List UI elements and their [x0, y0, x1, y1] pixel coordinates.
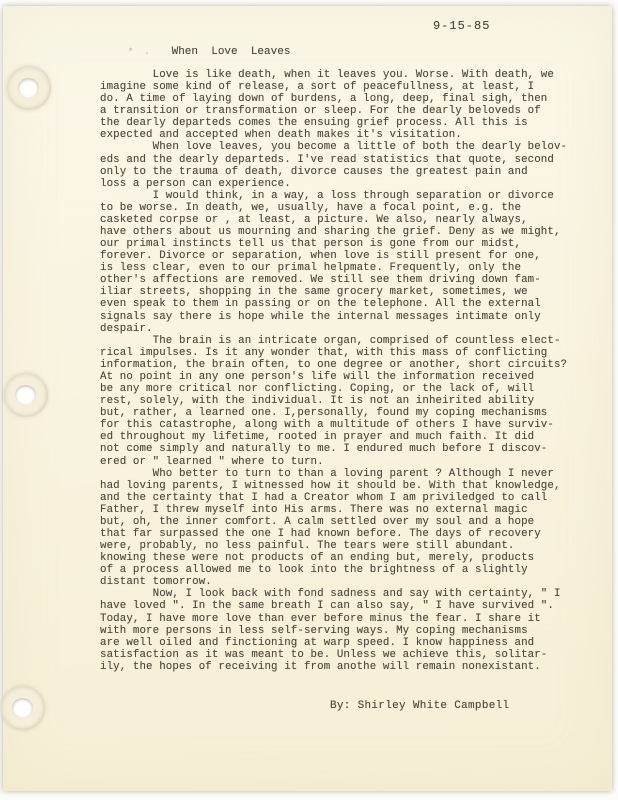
paragraph-2: When love leaves, you become a little of… [100, 141, 605, 189]
typewritten-page: 9-15-85 * .When Love Leaves Love is like… [3, 6, 612, 791]
date-stamp: 9-15-85 [433, 19, 490, 33]
paragraph-5: Who better to turn to than a loving pare… [100, 468, 605, 589]
paragraph-4: The brain is an intricate organ, compris… [100, 335, 605, 468]
stray-typewriter-marks: * . [128, 47, 150, 57]
title-line: * .When Love Leaves [128, 46, 290, 58]
punch-hole-top [7, 66, 51, 110]
punch-hole-middle [4, 373, 48, 417]
author-byline: By: Shirley White Campbell [330, 700, 509, 712]
scan-background: { "page": { "date": "9-15-85", "title_ma… [0, 0, 618, 800]
page-title: When Love Leaves [172, 46, 291, 58]
paragraph-6: Now, I look back with fond sadness and s… [100, 588, 605, 673]
paragraph-1: Love is like death, when it leaves you. … [100, 69, 605, 141]
punch-hole-bottom [1, 686, 45, 730]
essay-body: Love is like death, when it leaves you. … [100, 69, 605, 673]
paragraph-3: I would think, in a way, a loss through … [100, 190, 605, 335]
